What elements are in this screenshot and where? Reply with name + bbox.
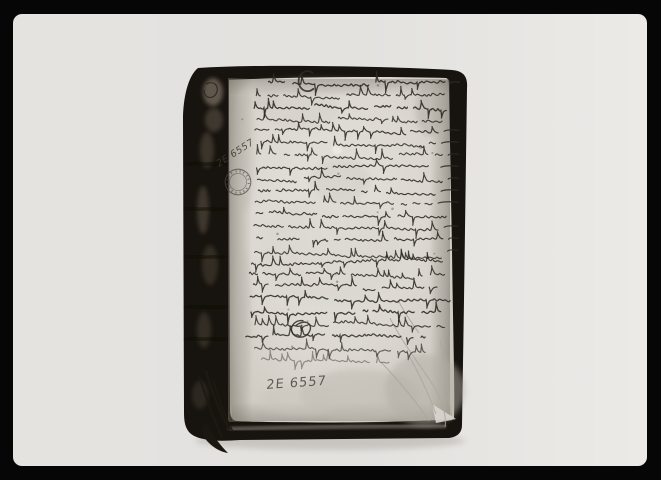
- spine-ridge: [185, 256, 227, 258]
- foxing-dot: [287, 308, 289, 310]
- foxing-dot: [377, 84, 380, 87]
- foxing-dot: [276, 233, 279, 236]
- foxing-dot: [336, 281, 339, 284]
- spine-mottle: [205, 108, 223, 132]
- foxing-dot: [337, 173, 339, 175]
- stamp-rim-mark: [240, 192, 241, 194]
- spine-ridge: [185, 306, 227, 308]
- foxing-dot: [307, 320, 309, 322]
- spine-top-tear: [203, 78, 223, 106]
- foxing-dot: [391, 207, 394, 210]
- foxing-dot: [377, 211, 379, 213]
- foxing-dot: [241, 118, 243, 120]
- spine-mottle: [202, 245, 218, 285]
- archival-photo: 2E 6557 2E 6557: [0, 0, 661, 480]
- stamp-rim-mark: [236, 170, 237, 172]
- spine-ridge: [185, 338, 227, 340]
- paper-stain: [260, 195, 400, 305]
- stamp-rim-mark: [247, 179, 249, 180]
- paper-stain: [234, 250, 252, 390]
- foxing-dot: [433, 253, 435, 255]
- foxing-dot: [431, 152, 433, 154]
- spine-mottle: [197, 312, 211, 348]
- stamp-rim-mark: [226, 184, 228, 185]
- archival-photo-frame: 2E 6557 2E 6557: [0, 0, 661, 480]
- paper-stain: [332, 146, 342, 154]
- foxing-dot: [373, 203, 375, 205]
- paper-stain: [432, 170, 448, 330]
- spine-ridge: [185, 208, 227, 210]
